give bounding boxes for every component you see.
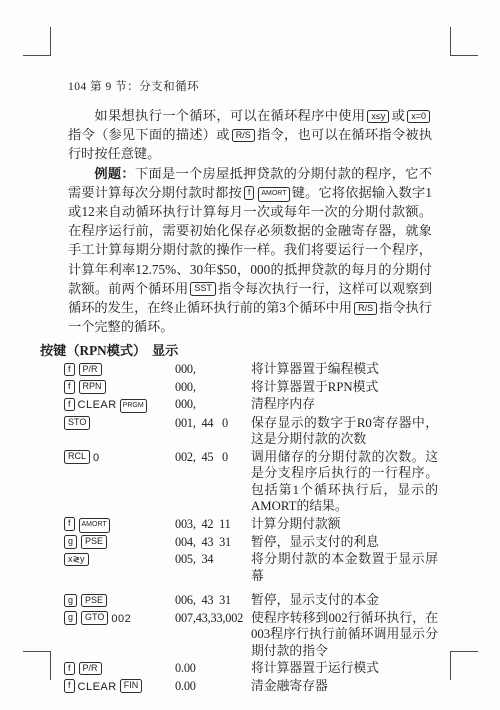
keys-cell: STO [62, 415, 175, 448]
keycap: P/R [79, 662, 102, 676]
keycap: P/R [79, 363, 102, 377]
keycap: PRGM [120, 399, 147, 414]
table-row: fRPN000,将计算器置于RPN模式 [40, 379, 460, 396]
description-cell: 暂停，显示支付的本金 [251, 592, 438, 609]
keys-cell: gGTO002 [62, 610, 175, 660]
keycap: f [64, 380, 75, 394]
keycap: x≷y [64, 553, 89, 567]
keycap: PSE [81, 535, 107, 549]
keycap: AMORT [258, 187, 289, 202]
text-run: 或 [391, 108, 405, 123]
table-row: gPSE004, 43 31暂停，显示支付的利息 [40, 534, 460, 551]
description-cell: 将计算器置于编程模式 [251, 361, 438, 378]
crop-mark-top-right [450, 27, 478, 56]
table-row: fP/R0.00将计算器置于运行模式 [40, 660, 460, 677]
display-column-header: 显示 [152, 342, 178, 359]
keycap: FIN [120, 679, 143, 693]
paragraph-amort-example: 例题：下面是一个房屋抵押贷款的分期付款的程序，它不需要计算每次分期付款时都按fA… [68, 164, 432, 337]
display-cell: 006, 43 31 [175, 592, 251, 609]
display-cell: 000, [175, 361, 251, 378]
keycap: f [64, 363, 75, 377]
table-row: RCL0002, 45 0调用储存的分期付款的次数。这是分支程序后执行的一行程序… [40, 449, 460, 515]
keycap: STO [64, 416, 90, 430]
display-cell: 001, 44 0 [175, 415, 251, 448]
display-cell: 0.00 [175, 678, 251, 696]
display-cell: 0.00 [175, 660, 251, 677]
table-body: fP/R000,将计算器置于编程模式fRPN000,将计算器置于RPN模式fCL… [40, 361, 460, 695]
keycap: f [244, 186, 255, 200]
manual-page: 104 第 9 节：分支和循环 如果想执行一个循环，可以在循环程序中使用x≤y或… [0, 0, 500, 710]
description-cell: 保存显示的数字于R0寄存器中，这是分期付款的次数 [251, 415, 438, 448]
keycap: PSE [81, 594, 107, 608]
keycap: f [64, 662, 75, 676]
table-row: gGTO002007,43,33,002使程序转移到002行循环执行，在003程… [40, 610, 460, 660]
table-header-row: 按键（RPN模式） 显示 [40, 342, 460, 361]
keycap: R/S [232, 129, 255, 143]
keys-cell: fP/R [62, 361, 175, 378]
description-cell: 暂停，显示支付的利息 [251, 534, 438, 551]
description-cell: 将分期付款的本金数置于显示屏幕 [251, 551, 438, 584]
display-cell: 004, 43 31 [175, 534, 251, 551]
description-cell: 清程序内存 [251, 396, 438, 414]
description-cell: 将计算器置于运行模式 [251, 660, 438, 677]
keys-cell: fP/R [62, 660, 175, 677]
keycap: f [64, 679, 75, 693]
keycap: x=0 [407, 110, 430, 124]
display-cell: 000, [175, 396, 251, 414]
description-cell: 计算分期付款额 [251, 516, 438, 533]
keycap: f [64, 398, 75, 412]
keycap: x≤y [367, 110, 389, 124]
text-run: 键。它将依据输入数字1或12来自动循环执行计算每月一次或每年一次的分期付款额。在… [68, 185, 432, 296]
description-cell: 清金融寄存器 [251, 678, 438, 696]
keys-cell: gPSE [62, 592, 175, 609]
keys-column-header: 按键（RPN模式） [40, 343, 146, 358]
text-run: CLEAR [78, 399, 117, 411]
text-run: 指令（参见下面的描述）或 [68, 127, 230, 142]
keycap: f [64, 517, 75, 531]
keycap: RPN [79, 380, 106, 394]
keycap: R/S [354, 302, 377, 316]
keystroke-table: 按键（RPN模式） 显示 fP/R000,将计算器置于编程模式fRPN000,将… [40, 342, 460, 695]
table-row: fCLEARFIN0.00清金融寄存器 [40, 678, 460, 696]
keycap: g [64, 594, 77, 608]
display-cell: 000, [175, 379, 251, 396]
description-cell: 将计算器置于RPN模式 [251, 379, 438, 396]
table-row: fP/R000,将计算器置于编程模式 [40, 361, 460, 378]
text-run: 002 [111, 613, 131, 625]
keycap: GTO [81, 611, 108, 625]
keycap: AMORT [79, 518, 110, 533]
keys-cell: fCLEARPRGM [62, 396, 175, 414]
bold-lead: 例题： [94, 166, 135, 181]
table-row: STO001, 44 0保存显示的数字于R0寄存器中，这是分期付款的次数 [40, 415, 460, 448]
page-content: 104 第 9 节：分支和循环 如果想执行一个循环，可以在循环程序中使用x≤y或… [40, 80, 460, 696]
keys-cell: fCLEARFIN [62, 678, 175, 696]
keys-cell: x≷y [62, 551, 175, 584]
table-row: gPSE006, 43 31暂停，显示支付的本金 [40, 592, 460, 609]
display-cell: 003, 42 11 [175, 516, 251, 533]
keys-cell: RCL0 [62, 449, 175, 515]
table-row: fAMORT003, 42 11计算分期付款额 [40, 516, 460, 533]
paragraph-loop-intro: 如果想执行一个循环，可以在循环程序中使用x≤y或x=0指令（参见下面的描述）或R… [68, 106, 432, 164]
display-cell: 005, 34 [175, 551, 251, 584]
keycap: g [64, 611, 77, 625]
keycap: SST [190, 282, 216, 296]
table-row: x≷y005, 34将分期付款的本金数置于显示屏幕 [40, 551, 460, 584]
keycap: g [64, 535, 77, 549]
keys-cell: fRPN [62, 379, 175, 396]
description-cell: 调用储存的分期付款的次数。这是分支程序后执行的一行程序。包括第1个循环执行后，显… [251, 449, 438, 515]
display-cell: 007,43,33,002 [175, 610, 251, 660]
description-cell: 使程序转移到002行循环执行，在003程序行执行前循环调用显示分期付款的指令 [251, 610, 438, 660]
keys-cell: fAMORT [62, 516, 175, 533]
display-cell: 002, 45 0 [175, 449, 251, 515]
running-head: 104 第 9 节：分支和循环 [68, 80, 460, 94]
keys-cell: gPSE [62, 534, 175, 551]
text-run: 0 [93, 452, 100, 464]
text-run: 如果想执行一个循环，可以在循环程序中使用 [94, 108, 365, 123]
crop-mark-top-left [23, 27, 51, 56]
keycap: RCL [64, 450, 90, 464]
text-run: CLEAR [78, 681, 117, 693]
table-row: fCLEARPRGM000,清程序内存 [40, 396, 460, 414]
